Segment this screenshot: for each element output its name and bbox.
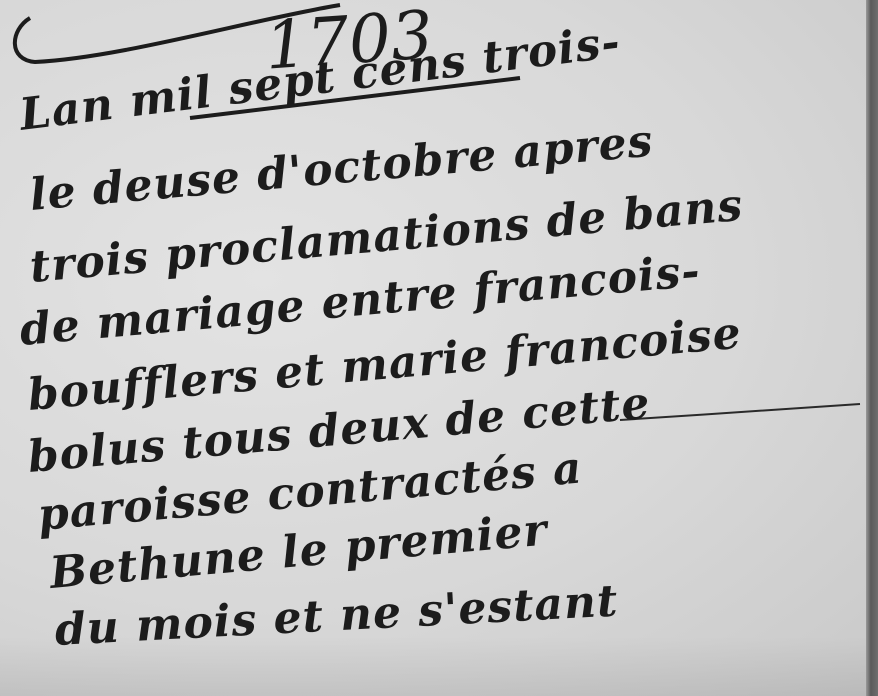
page-edge <box>866 0 878 696</box>
manuscript-page: 1703 Lan mil sept cens trois- le deuse d… <box>0 0 878 696</box>
paper-shadow <box>0 636 878 696</box>
